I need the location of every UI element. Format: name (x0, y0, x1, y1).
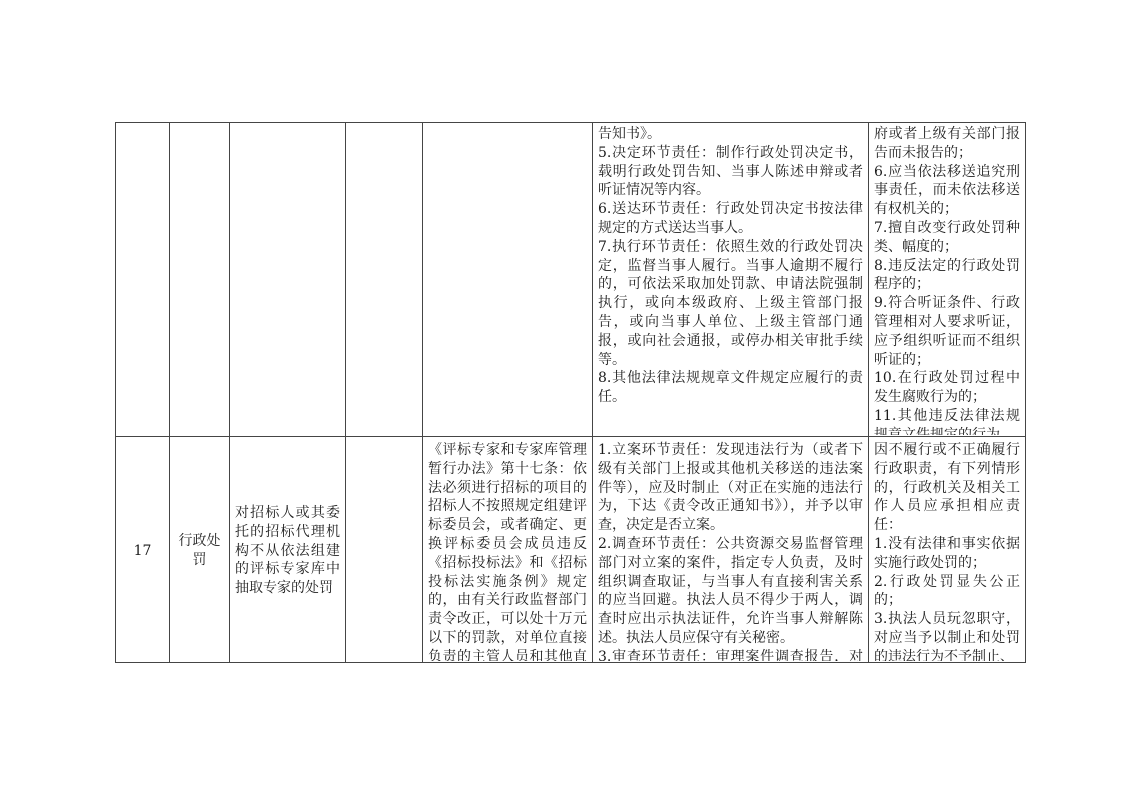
cell-punishment-item: 对招标人或其委托的招标代理机构不从依法组建的评标专家库中抽取专家的处罚 (230, 437, 346, 663)
paragraph: 3.审查环节责任：审理案件调查报告，对案 (598, 648, 863, 661)
cell-legal-basis: 《评标专家和专家库管理暂行办法》第十七条：依法必须进行招标的项目的招标人不按照规… (423, 437, 593, 663)
duty-paragraphs: 1.立案环节责任：发现违法行为（或者下级有关部门上报或其他机关移送的违法案件等）… (593, 437, 868, 661)
table-row-continued: 告知书》。5.决定环节责任：制作行政处罚决定书，载明行政处罚告知、当事人陈述申辩… (116, 123, 1026, 437)
paragraph: 府或者上级有关部门报告而未报告的； (874, 125, 1020, 163)
seq-text: 17 (121, 542, 164, 561)
accountability-paragraphs: 因不履行或不正确履行行政职责，有下列情形的，行政机关及相关工作人员应承担相应责任… (869, 437, 1025, 661)
paragraph: 10.在行政处罚过程中发生腐败行为的； (874, 369, 1020, 407)
paragraph: 6.送达环节责任：行政处罚决定书按法律规定的方式送达当事人。 (598, 200, 863, 238)
paragraph: 11.其他违反法律法规规章文件规定的行为。 (874, 407, 1020, 435)
paragraph: 1.没有法律和事实依据实施行政处罚的； (874, 535, 1020, 573)
paragraph: 7.执行环节责任：依照生效的行政处罚决定，监督当事人履行。当事人逾期不履行的，可… (598, 238, 863, 370)
cell-punishment-item (230, 123, 346, 437)
cell-accountability: 因不履行或不正确履行行政职责，有下列情形的，行政机关及相关工作人员应承担相应责任… (869, 437, 1026, 663)
cell-punishment-category (170, 123, 230, 437)
paragraph: 3.执法人员玩忽职守，对应当予以制止和处罚的违法行为不予制止、 (874, 610, 1020, 661)
document-page: 告知书》。5.决定环节责任：制作行政处罚决定书，载明行政处罚告知、当事人陈述申辩… (0, 0, 1122, 793)
cell-seq-number (116, 123, 170, 437)
cell-punishment-category: 行政处罚 (170, 437, 230, 663)
item-text: 对招标人或其委托的招标代理机构不从依法组建的评标专家库中抽取专家的处罚 (235, 504, 340, 598)
paragraph: 6.应当依法移送追究刑事责任，而未依法移送有权机关的； (874, 163, 1020, 219)
paragraph: 1.立案环节责任：发现违法行为（或者下级有关部门上报或其他机关移送的违法案件等）… (598, 441, 863, 535)
paragraph: 2.调查环节责任：公共资源交易监督管理部门对立案的案件，指定专人负责，及时组织调… (598, 535, 863, 648)
cell-duty-responsibilities: 告知书》。5.决定环节责任：制作行政处罚决定书，载明行政处罚告知、当事人陈述申辩… (593, 123, 869, 437)
duty-paragraphs: 告知书》。5.决定环节责任：制作行政处罚决定书，载明行政处罚告知、当事人陈述申辩… (593, 123, 868, 435)
paragraph: 9.符合听证条件、行政管理相对人要求听证，应予组织听证而不组织听证的； (874, 294, 1020, 369)
cell-exercise-level (346, 437, 423, 663)
cell-accountability: 府或者上级有关部门报告而未报告的；6.应当依法移送追究刑事责任，而未依法移送有权… (869, 123, 1026, 437)
legal-basis-paragraphs (423, 123, 592, 435)
paragraph: 因不履行或不正确履行行政职责，有下列情形的，行政机关及相关工作人员应承担相应责任… (874, 441, 1020, 535)
paragraph: 2.行政处罚显失公正的； (874, 573, 1020, 611)
table-row-17: 17 行政处罚 对招标人或其委托的招标代理机构不从依法组建的评标专家库中抽取专家… (116, 437, 1026, 663)
paragraph: 告知书》。 (598, 125, 863, 144)
cell-duty-responsibilities: 1.立案环节责任：发现违法行为（或者下级有关部门上报或其他机关移送的违法案件等）… (593, 437, 869, 663)
paragraph: 《评标专家和专家库管理暂行办法》第十七条：依法必须进行招标的项目的招标人不按照规… (428, 441, 587, 661)
paragraph: 8.其他法律法规规章文件规定应履行的责任。 (598, 369, 863, 407)
paragraph: 5.决定环节责任：制作行政处罚决定书，载明行政处罚告知、当事人陈述申辩或者听证情… (598, 144, 863, 200)
paragraph: 7.擅自改变行政处罚种类、幅度的； (874, 219, 1020, 257)
category-text: 行政处罚 (175, 532, 224, 570)
duty-table: 告知书》。5.决定环节责任：制作行政处罚决定书，载明行政处罚告知、当事人陈述申辩… (115, 122, 1026, 663)
cell-seq-number: 17 (116, 437, 170, 663)
cell-legal-basis (423, 123, 593, 437)
cell-exercise-level (346, 123, 423, 437)
legal-basis-paragraphs: 《评标专家和专家库管理暂行办法》第十七条：依法必须进行招标的项目的招标人不按照规… (423, 437, 592, 661)
accountability-paragraphs: 府或者上级有关部门报告而未报告的；6.应当依法移送追究刑事责任，而未依法移送有权… (869, 123, 1025, 435)
paragraph: 8.违反法定的行政处罚程序的； (874, 257, 1020, 295)
